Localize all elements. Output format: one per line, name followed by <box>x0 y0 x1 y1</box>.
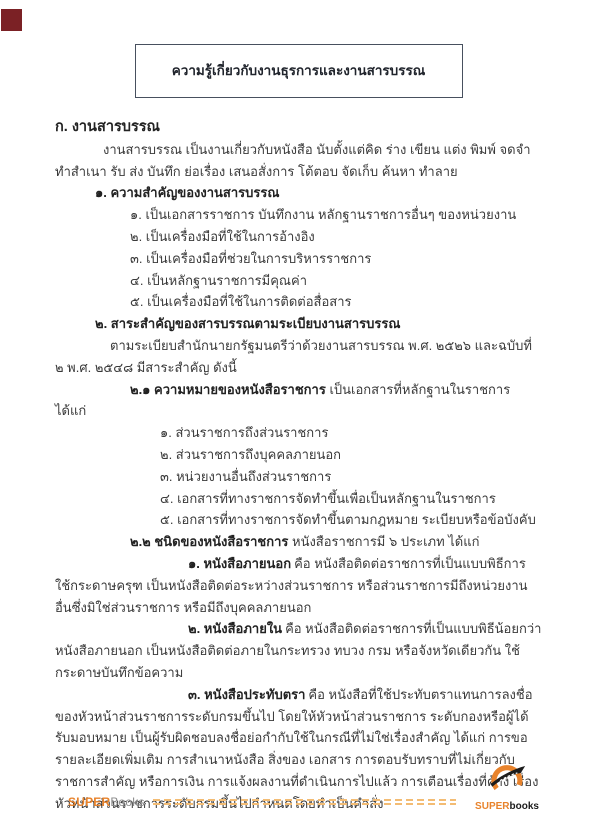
corner-mark <box>1 9 22 31</box>
letter-type-label: ๓. หนังสือประทับตรา <box>188 687 305 702</box>
sub-heading-2-2: ๒.๒ ชนิดของหนังสือราชการ หนังสือราชการมี… <box>55 531 542 553</box>
footer: SUPERBooks SUPERbooks <box>68 790 550 813</box>
footer-divider-dashes <box>153 799 456 805</box>
sub-heading-2-2-label: ๒.๒ ชนิดของหนังสือราชการ <box>130 534 288 549</box>
letter-type-paragraph: ๒. หนังสือภายในคือ หนังสือติดต่อราชการที… <box>55 618 542 683</box>
sub-heading-2-1-label: ๒.๑ ความหมายของหนังสือราชการ <box>130 382 326 397</box>
document-page: ความรู้เกี่ยวกับงานธุรการและงานสารบรรณ ก… <box>0 0 594 835</box>
footer-brand: SUPERBooks <box>68 795 145 809</box>
letter-type-label: ๒. หนังสือภายใน <box>188 621 282 636</box>
page-title: ความรู้เกี่ยวกับงานธุรการและงานสารบรรณ <box>172 60 426 82</box>
list-item: ๔. เป็นหลักฐานราชการมีคุณค่า <box>55 270 542 292</box>
list-item: ๒. ส่วนราชการถึงบุคคลภายนอก <box>55 444 542 466</box>
logo-text-super: SUPER <box>475 801 509 812</box>
superbooks-swoosh-icon <box>488 760 526 801</box>
section-2-intro: ตามระเบียบสำนักนายกรัฐมนตรีว่าด้วยงานสาร… <box>55 335 542 379</box>
list-item: ๑. ส่วนราชการถึงส่วนราชการ <box>55 422 542 444</box>
list-item: ๕. เป็นเครื่องมือที่ใช้ในการติดต่อสื่อสา… <box>55 291 542 313</box>
logo-text-books: books <box>510 801 539 812</box>
sub-heading-2-2-text: หนังสือราชการมี ๖ ประเภท ได้แก่ <box>292 534 480 549</box>
sub-heading-2-1: ๒.๑ ความหมายของหนังสือราชการ เป็นเอกสารท… <box>55 379 542 423</box>
list-item: ๔. เอกสารที่ทางราชการจัดทำขึ้นเพื่อเป็นห… <box>55 488 542 510</box>
letter-type-label: ๑. หนังสือภายนอก <box>188 556 291 571</box>
title-box: ความรู้เกี่ยวกับงานธุรการและงานสารบรรณ <box>135 44 463 98</box>
letter-type-text: คือ หนังสือติดต่อราชการที่เป็นแบบพิธีการ… <box>55 556 528 615</box>
section-a-intro: งานสารบรรณ เป็นงานเกี่ยวกับหนังสือ นับตั… <box>55 139 542 183</box>
list-item: ๒. เป็นเครื่องมือที่ใช้ในการอ้างอิง <box>55 226 542 248</box>
footer-brand-books: Books <box>110 795 144 809</box>
superbooks-logo-text: SUPERbooks <box>475 801 539 813</box>
section-2-heading: ๒. สาระสำคัญของสารบรรณตามระเบียบงานสารบร… <box>55 313 542 335</box>
page-content: ความรู้เกี่ยวกับงานธุรการและงานสารบรรณ ก… <box>55 44 542 815</box>
list-item: ๕. เอกสารที่ทางราชการจัดทำขึ้นตามกฎหมาย … <box>55 509 542 531</box>
section-1-heading: ๑. ความสำคัญของงานสารบรรณ <box>55 182 542 204</box>
list-item: ๓. หน่วยงานอื่นถึงส่วนราชการ <box>55 466 542 488</box>
list-item: ๑. เป็นเอกสารราชการ บันทึกงาน หลักฐานราช… <box>55 204 542 226</box>
list-item: ๓. เป็นเครื่องมือที่ช่วยในการบริหารราชกา… <box>55 248 542 270</box>
letter-type-text: คือ หนังสือติดต่อราชการที่เป็นแบบพิธีน้อ… <box>55 621 541 680</box>
section-a-heading: ก. งานสารบรรณ <box>55 117 542 139</box>
superbooks-logo: SUPERbooks <box>464 760 550 813</box>
footer-brand-super: SUPER <box>68 795 110 809</box>
letter-type-paragraph: ๑. หนังสือภายนอกคือ หนังสือติดต่อราชการท… <box>55 553 542 618</box>
